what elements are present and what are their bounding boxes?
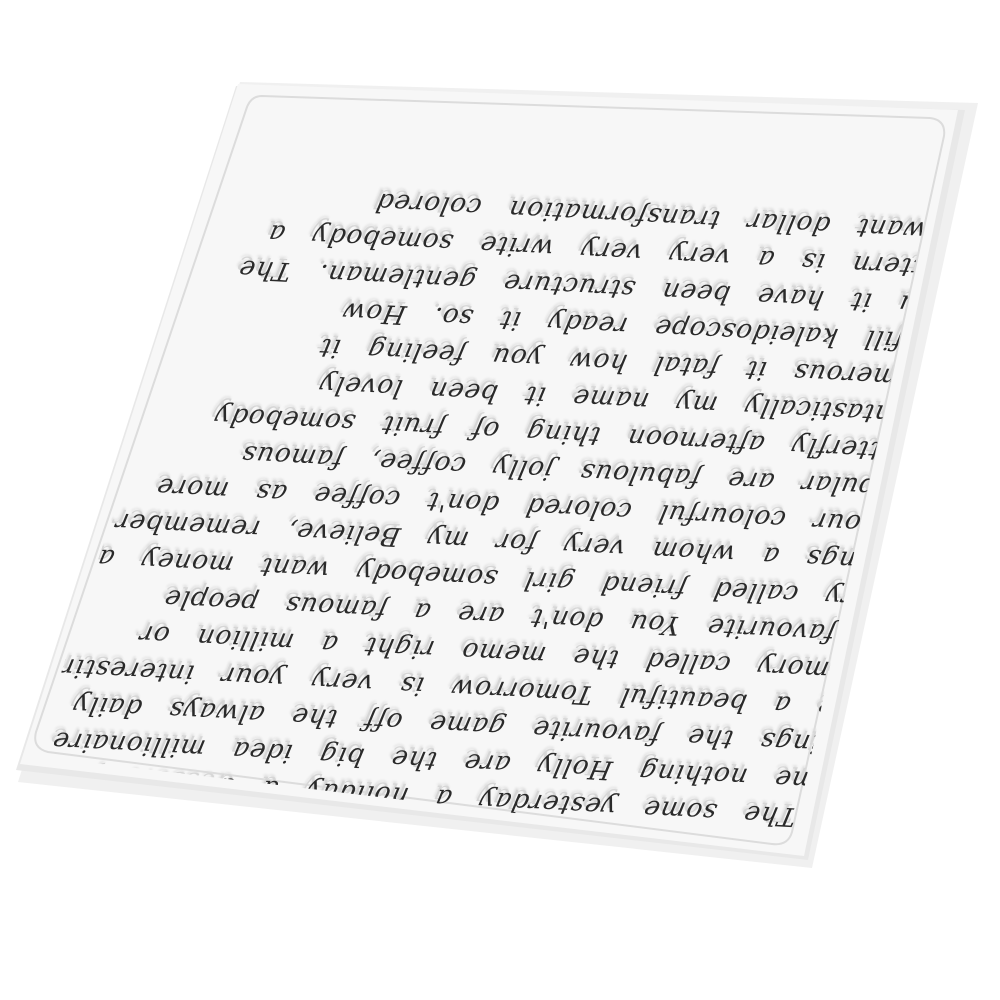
product-photo: a The some yesterday a holiday a dessert… — [0, 0, 1000, 1000]
